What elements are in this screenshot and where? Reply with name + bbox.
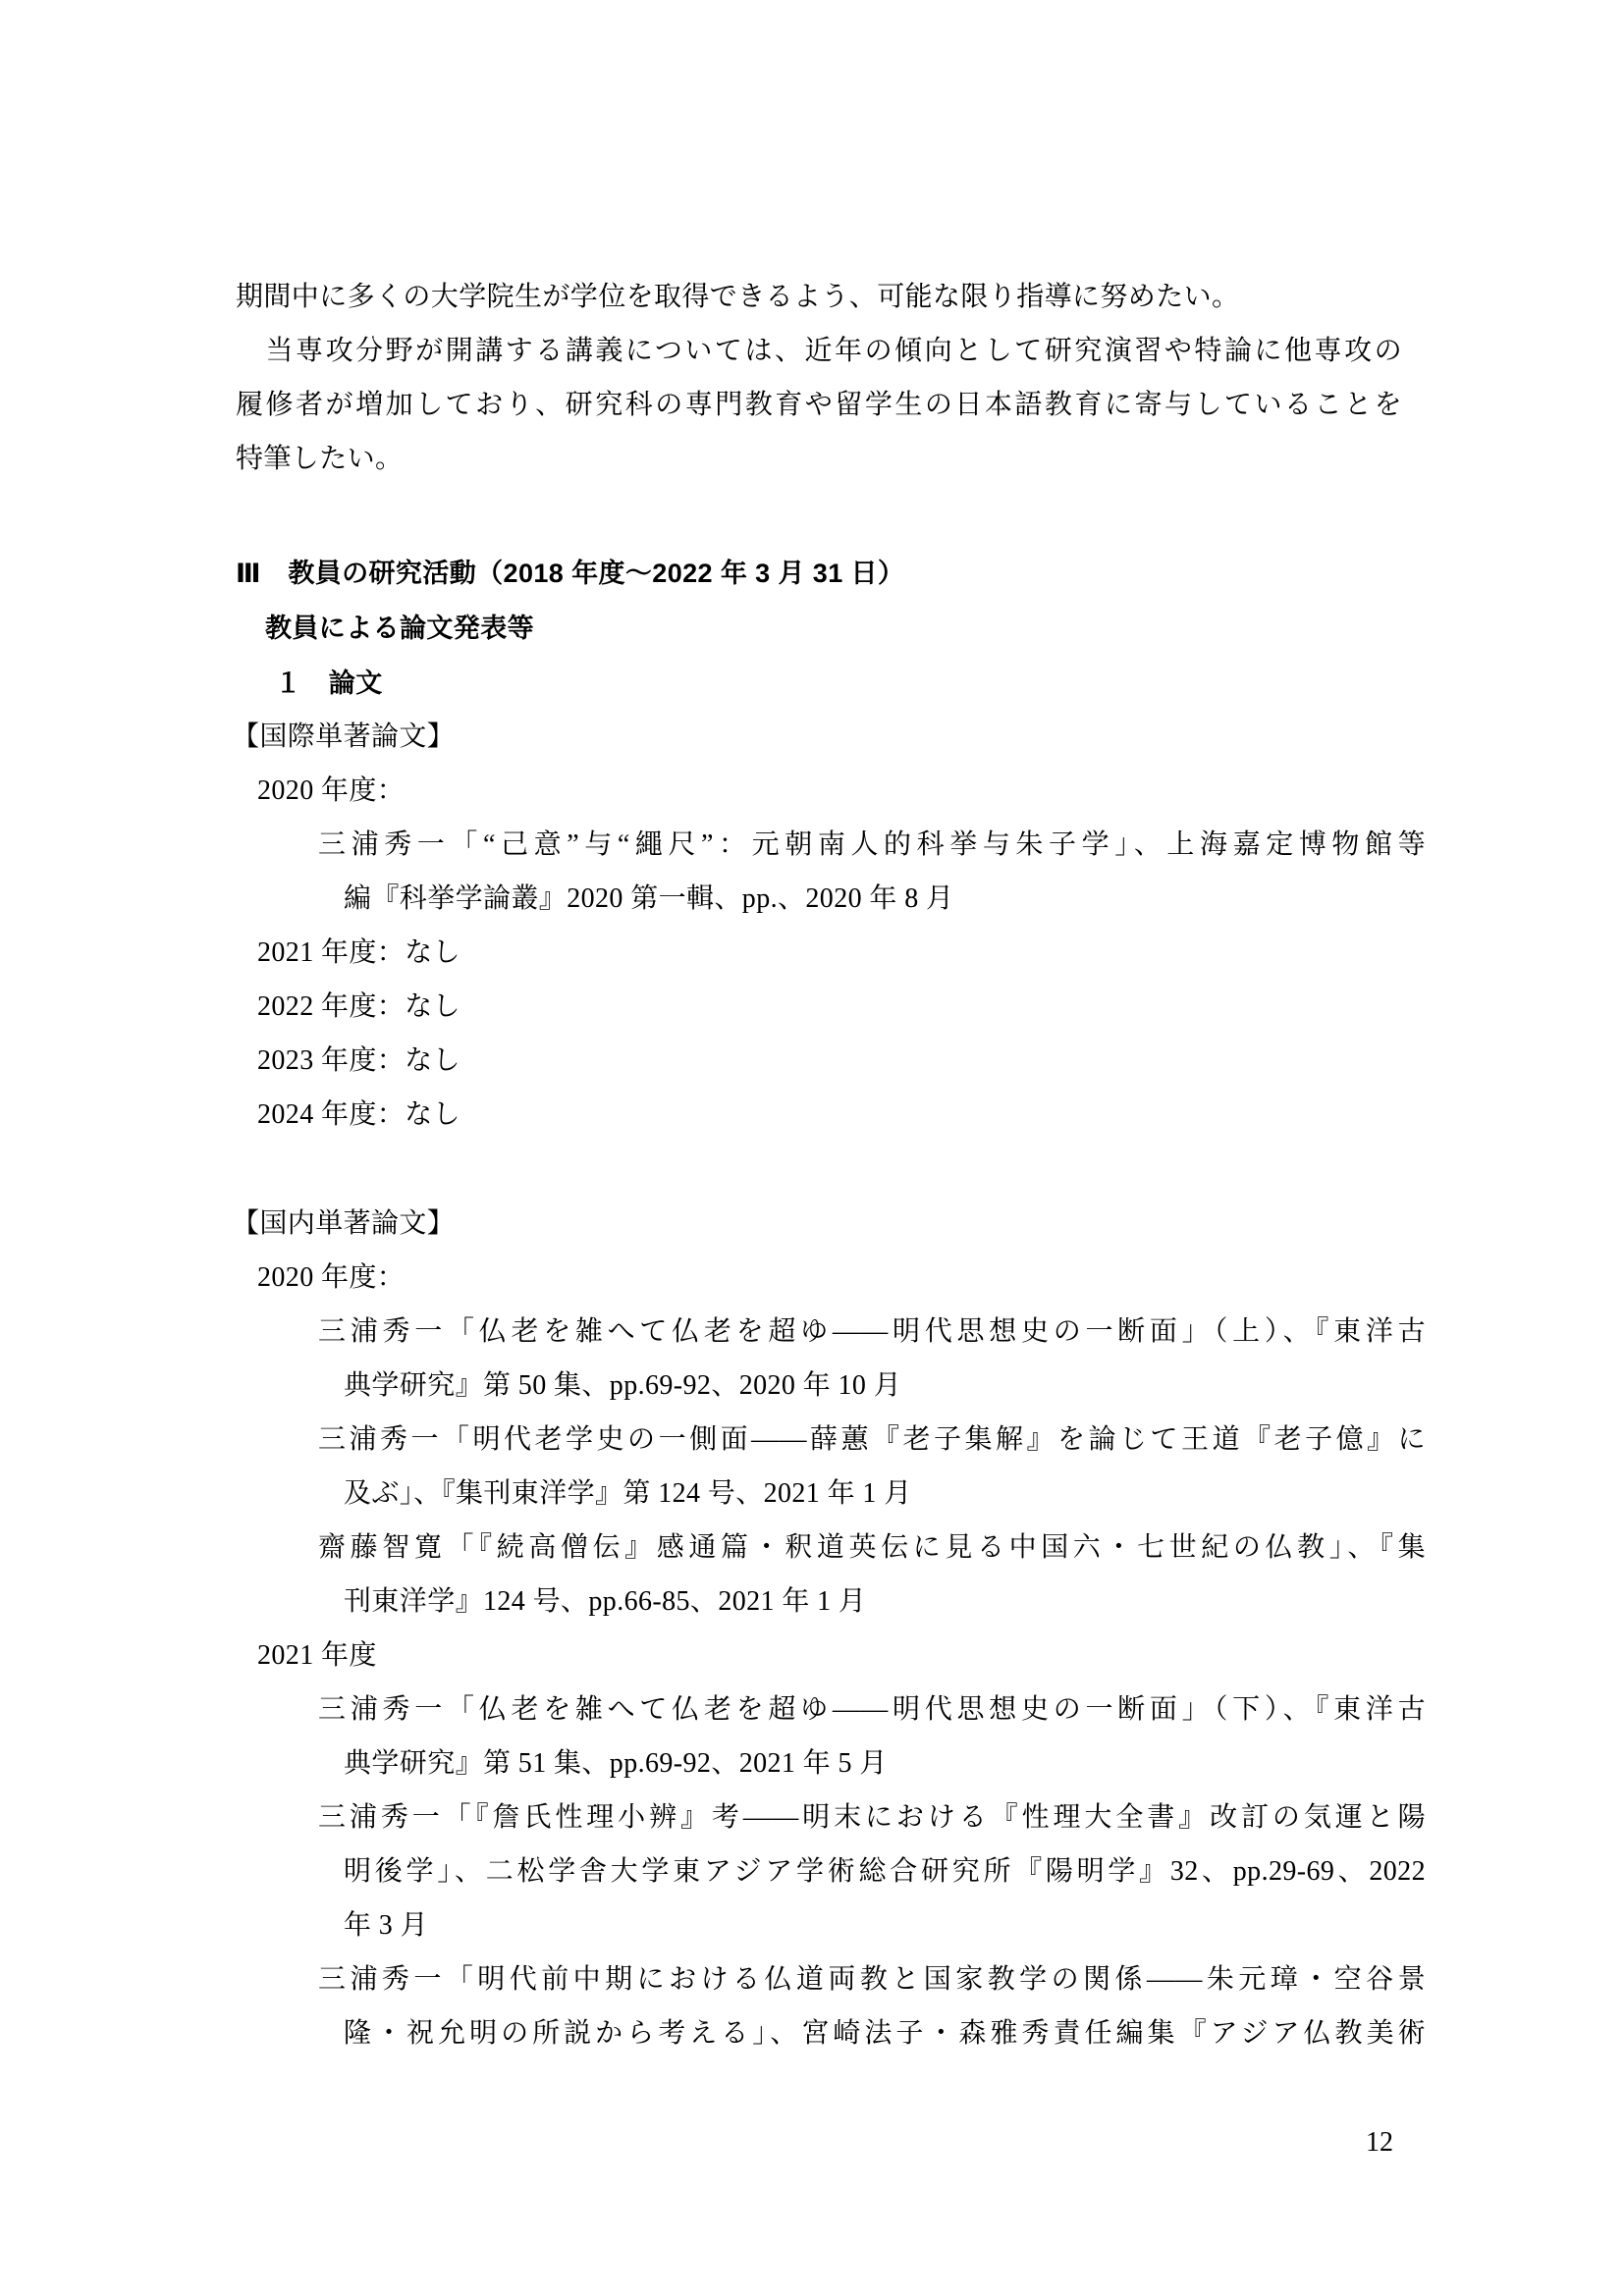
intro-line-2: 当専攻分野が開講する講義については、近年の傾向として研究演習や特論に他専攻の bbox=[236, 335, 1402, 368]
category-label-international: 【国際単著論文】 bbox=[232, 721, 455, 754]
section-subheading: 教員による論文発表等 bbox=[265, 612, 534, 645]
page-number: 12 bbox=[1366, 2126, 1393, 2160]
year-label-2021: 2021 年度 bbox=[257, 1639, 377, 1673]
entry-line: 齋藤智寛「『続高僧伝』感通篇・釈道英伝に見る中国六・七世紀の仏教」、『集 bbox=[318, 1531, 1426, 1565]
entry-line: 刊東洋学』124 号、pp.66-85、2021 年 1 月 bbox=[344, 1585, 866, 1619]
entry-line: 年 3 月 bbox=[344, 1909, 428, 1943]
entry-line: 典学研究』第 51 集、pp.69-92、2021 年 5 月 bbox=[344, 1747, 888, 1781]
intro-line-1: 期間中に多くの大学院生が学位を取得できるよう、可能な限り指導に努めたい。 bbox=[236, 281, 1239, 314]
year-label-2024: 2024 年度：なし bbox=[257, 1098, 460, 1132]
intro-line-4: 特筆したい。 bbox=[236, 443, 403, 476]
entry-line: 三浦秀一「明代老学史の一側面――薛蕙『老子集解』を論じて王道『老子億』に bbox=[318, 1423, 1426, 1457]
entry-line: 隆・祝允明の所説から考える」、宮崎法子・森雅秀責任編集『アジア仏教美術 bbox=[344, 2017, 1426, 2051]
entry-line: 三浦秀一「『詹氏性理小辨』考――明末における『性理大全書』改訂の気運と陽 bbox=[318, 1801, 1426, 1835]
entry-line: 三浦秀一「明代前中期における仏道両教と国家教学の関係――朱元璋・空谷景 bbox=[318, 1963, 1426, 1997]
subsection-heading: １ 論文 bbox=[275, 667, 383, 700]
year-label-2021: 2021 年度：なし bbox=[257, 936, 460, 970]
entry-line: 及ぶ」、『集刊東洋学』第 124 号、2021 年 1 月 bbox=[344, 1477, 912, 1511]
intro-line-3: 履修者が増加しており、研究科の専門教育や留学生の日本語教育に寄与していることを bbox=[236, 389, 1402, 422]
year-label-2022: 2022 年度：なし bbox=[257, 990, 460, 1024]
category-label-domestic: 【国内単著論文】 bbox=[232, 1207, 455, 1241]
entry-line: 典学研究』第 50 集、pp.69-92、2020 年 10 月 bbox=[344, 1369, 901, 1403]
entry-line: 明後学」、二松学舎大学東アジア学術総合研究所『陽明学』32、pp.29-69、2… bbox=[344, 1855, 1426, 1889]
year-label-2020: 2020 年度： bbox=[257, 1261, 405, 1295]
entry-line: 三浦秀一「仏老を雑へて仏老を超ゆ――明代思想史の一断面」（上）、『東洋古 bbox=[318, 1315, 1426, 1349]
entry-line: 三浦秀一「“己意”与“繩尺”：元朝南人的科挙与朱子学」、上海嘉定博物館等 bbox=[318, 828, 1426, 862]
year-label-2020: 2020 年度： bbox=[257, 774, 405, 808]
document-page: 期間中に多くの大学院生が学位を取得できるよう、可能な限り指導に努めたい。 当専攻… bbox=[0, 0, 1624, 2296]
entry-line: 三浦秀一「仏老を雑へて仏老を超ゆ――明代思想史の一断面」（下）、『東洋古 bbox=[318, 1693, 1426, 1727]
section-heading: Ⅲ 教員の研究活動（2018 年度～2022 年 3 月 31 日） bbox=[236, 557, 904, 590]
year-label-2023: 2023 年度：なし bbox=[257, 1044, 460, 1078]
entry-line: 編『科挙学論叢』2020 第一輯、pp.、2020 年 8 月 bbox=[344, 882, 953, 916]
